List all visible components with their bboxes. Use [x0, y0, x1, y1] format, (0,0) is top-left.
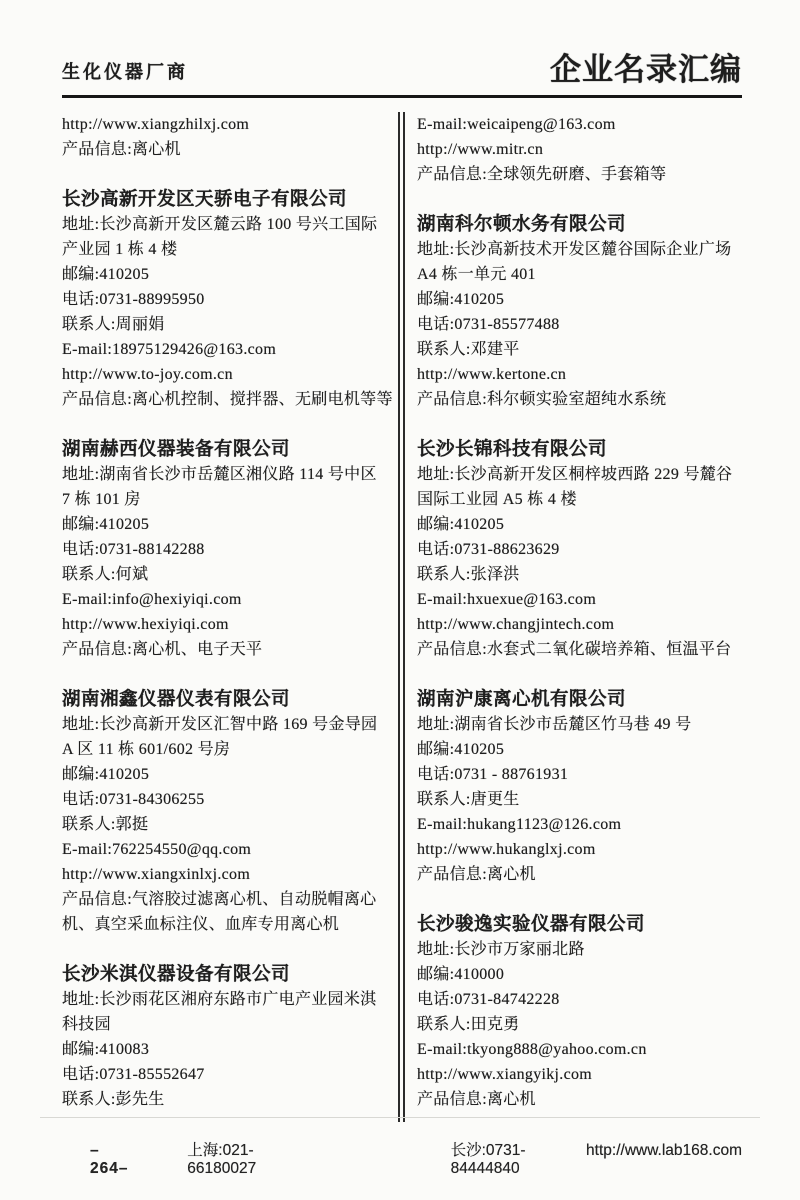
company-entry: 长沙长锦科技有限公司地址:长沙高新开发区桐梓坡西路 229 号麓谷国际工业园 A… — [417, 435, 742, 662]
company-detail-line: E-mail:18975129426@163.com — [62, 337, 392, 362]
company-entry: 长沙米淇仪器设备有限公司地址:长沙雨花区湘府东路市广电产业园米淇科技园邮编:41… — [62, 960, 392, 1112]
page-number: –264– — [90, 1142, 135, 1178]
column-divider — [398, 112, 405, 1122]
company-detail-line: http://www.xiangzhilxj.com — [62, 112, 392, 137]
company-detail-line: 联系人:田克勇 — [417, 1012, 742, 1037]
company-detail-line: http://www.xiangyikj.com — [417, 1062, 742, 1087]
footer-contact-shanghai: 上海:021-66180027 — [187, 1138, 314, 1178]
company-entry: 长沙骏逸实验仪器有限公司地址:长沙市万家丽北路邮编:410000电话:0731-… — [417, 910, 742, 1112]
company-entry: 长沙高新开发区天骄电子有限公司地址:长沙高新开发区麓云路 100 号兴工国际产业… — [62, 185, 392, 412]
right-column: E-mail:weicaipeng@163.comhttp://www.mitr… — [405, 112, 742, 1122]
footer-contact-changsha: 长沙:0731-84444840 — [451, 1138, 586, 1178]
company-detail-line: E-mail:weicaipeng@163.com — [417, 112, 742, 137]
company-detail-line: E-mail:tkyong888@yahoo.com.cn — [417, 1037, 742, 1062]
page-footer: –264– 上海:021-66180027 长沙:0731-84444840 h… — [62, 1138, 742, 1178]
company-detail-line: 电话:0731-85577488 — [417, 312, 742, 337]
company-detail-line: 地址:长沙雨花区湘府东路市广电产业园米淇 — [62, 987, 392, 1012]
footer-rule — [40, 1117, 760, 1118]
company-detail-line: 国际工业园 A5 栋 4 楼 — [417, 487, 742, 512]
company-detail-line: 产品信息:离心机、电子天平 — [62, 637, 392, 662]
company-detail-line: 科技园 — [62, 1012, 392, 1037]
directory-page: 生化仪器厂商 企业名录汇编 http://www.xiangzhilxj.com… — [0, 0, 800, 1200]
book-title: 企业名录汇编 — [550, 44, 742, 89]
company-detail-line: 联系人:彭先生 — [62, 1087, 392, 1112]
company-detail-line: http://www.changjintech.com — [417, 612, 742, 637]
company-detail-line: 机、真空采血标注仪、血库专用离心机 — [62, 912, 392, 937]
company-entry: 湖南科尔顿水务有限公司地址:长沙高新技术开发区麓谷国际企业广场A4 栋一单元 4… — [417, 210, 742, 412]
header-rule — [62, 95, 742, 98]
company-detail-line: http://www.hukanglxj.com — [417, 837, 742, 862]
company-detail-line: 电话:0731-85552647 — [62, 1062, 392, 1087]
company-name: 湖南沪康离心机有限公司 — [417, 685, 742, 712]
company-detail-line: http://www.mitr.cn — [417, 137, 742, 162]
company-detail-line: 电话:0731-88995950 — [62, 287, 392, 312]
company-detail-line: 联系人:郭挺 — [62, 812, 392, 837]
company-entry: http://www.xiangzhilxj.com产品信息:离心机 — [62, 112, 392, 162]
company-detail-line: 产品信息:离心机 — [62, 137, 392, 162]
company-detail-line: 地址:长沙高新开发区汇智中路 169 号金导园 — [62, 712, 392, 737]
company-detail-line: A4 栋一单元 401 — [417, 262, 742, 287]
company-detail-line: 联系人:何斌 — [62, 562, 392, 587]
company-name: 长沙米淇仪器设备有限公司 — [62, 960, 392, 987]
company-detail-line: http://www.xiangxinlxj.com — [62, 862, 392, 887]
company-entry: 湖南赫西仪器装备有限公司地址:湖南省长沙市岳麓区湘仪路 114 号中区7 栋 1… — [62, 435, 392, 662]
company-detail-line: E-mail:info@hexiyiqi.com — [62, 587, 392, 612]
company-detail-line: 电话:0731-88623629 — [417, 537, 742, 562]
company-detail-line: 地址:湖南省长沙市岳麓区竹马巷 49 号 — [417, 712, 742, 737]
company-detail-line: 产品信息:离心机控制、搅拌器、无刷电机等等 — [62, 387, 392, 412]
company-name: 长沙长锦科技有限公司 — [417, 435, 742, 462]
company-entry: E-mail:weicaipeng@163.comhttp://www.mitr… — [417, 112, 742, 187]
company-detail-line: E-mail:hxuexue@163.com — [417, 587, 742, 612]
company-detail-line: 邮编:410205 — [62, 512, 392, 537]
company-detail-line: http://www.kertone.cn — [417, 362, 742, 387]
company-detail-line: 电话:0731-84742228 — [417, 987, 742, 1012]
company-detail-line: 产品信息:科尔顿实验室超纯水系统 — [417, 387, 742, 412]
company-detail-line: 电话:0731 - 88761931 — [417, 762, 742, 787]
section-title: 生化仪器厂商 — [62, 58, 188, 89]
company-detail-line: 地址:湖南省长沙市岳麓区湘仪路 114 号中区 — [62, 462, 392, 487]
company-name: 湖南科尔顿水务有限公司 — [417, 210, 742, 237]
company-detail-line: 邮编:410205 — [62, 262, 392, 287]
company-detail-line: 产品信息:离心机 — [417, 862, 742, 887]
company-detail-line: 地址:长沙市万家丽北路 — [417, 937, 742, 962]
company-detail-line: 邮编:410205 — [417, 287, 742, 312]
company-detail-line: 地址:长沙高新开发区麓云路 100 号兴工国际 — [62, 212, 392, 237]
footer-website: http://www.lab168.com — [586, 1142, 742, 1160]
company-detail-line: 联系人:唐更生 — [417, 787, 742, 812]
company-name: 湖南赫西仪器装备有限公司 — [62, 435, 392, 462]
company-detail-line: 邮编:410205 — [62, 762, 392, 787]
company-detail-line: http://www.to-joy.com.cn — [62, 362, 392, 387]
company-detail-line: 7 栋 101 房 — [62, 487, 392, 512]
company-detail-line: 电话:0731-84306255 — [62, 787, 392, 812]
company-detail-line: 邮编:410083 — [62, 1037, 392, 1062]
company-detail-line: E-mail:hukang1123@126.com — [417, 812, 742, 837]
company-entry: 湖南湘鑫仪器仪表有限公司地址:长沙高新开发区汇智中路 169 号金导园A 区 1… — [62, 685, 392, 937]
company-detail-line: 邮编:410000 — [417, 962, 742, 987]
company-detail-line: A 区 11 栋 601/602 号房 — [62, 737, 392, 762]
company-detail-line: 产品信息:水套式二氧化碳培养箱、恒温平台 — [417, 637, 742, 662]
page-header: 生化仪器厂商 企业名录汇编 — [62, 44, 742, 98]
directory-columns: http://www.xiangzhilxj.com产品信息:离心机长沙高新开发… — [62, 112, 742, 1122]
company-detail-line: 地址:长沙高新开发区桐梓坡西路 229 号麓谷 — [417, 462, 742, 487]
company-detail-line: 联系人:张泽洪 — [417, 562, 742, 587]
company-detail-line: 地址:长沙高新技术开发区麓谷国际企业广场 — [417, 237, 742, 262]
company-name: 长沙高新开发区天骄电子有限公司 — [62, 185, 392, 212]
company-detail-line: 电话:0731-88142288 — [62, 537, 392, 562]
company-detail-line: 产品信息:气溶胶过滤离心机、自动脱帽离心 — [62, 887, 392, 912]
company-detail-line: 联系人:邓建平 — [417, 337, 742, 362]
company-detail-line: 产品信息:全球领先研磨、手套箱等 — [417, 162, 742, 187]
company-entry: 湖南沪康离心机有限公司地址:湖南省长沙市岳麓区竹马巷 49 号邮编:410205… — [417, 685, 742, 887]
company-detail-line: 产品信息:离心机 — [417, 1087, 742, 1112]
company-detail-line: http://www.hexiyiqi.com — [62, 612, 392, 637]
company-detail-line: 产业园 1 栋 4 楼 — [62, 237, 392, 262]
company-detail-line: 联系人:周丽娟 — [62, 312, 392, 337]
company-name: 湖南湘鑫仪器仪表有限公司 — [62, 685, 392, 712]
company-detail-line: E-mail:762254550@qq.com — [62, 837, 392, 862]
company-name: 长沙骏逸实验仪器有限公司 — [417, 910, 742, 937]
left-column: http://www.xiangzhilxj.com产品信息:离心机长沙高新开发… — [62, 112, 398, 1122]
company-detail-line: 邮编:410205 — [417, 737, 742, 762]
company-detail-line: 邮编:410205 — [417, 512, 742, 537]
